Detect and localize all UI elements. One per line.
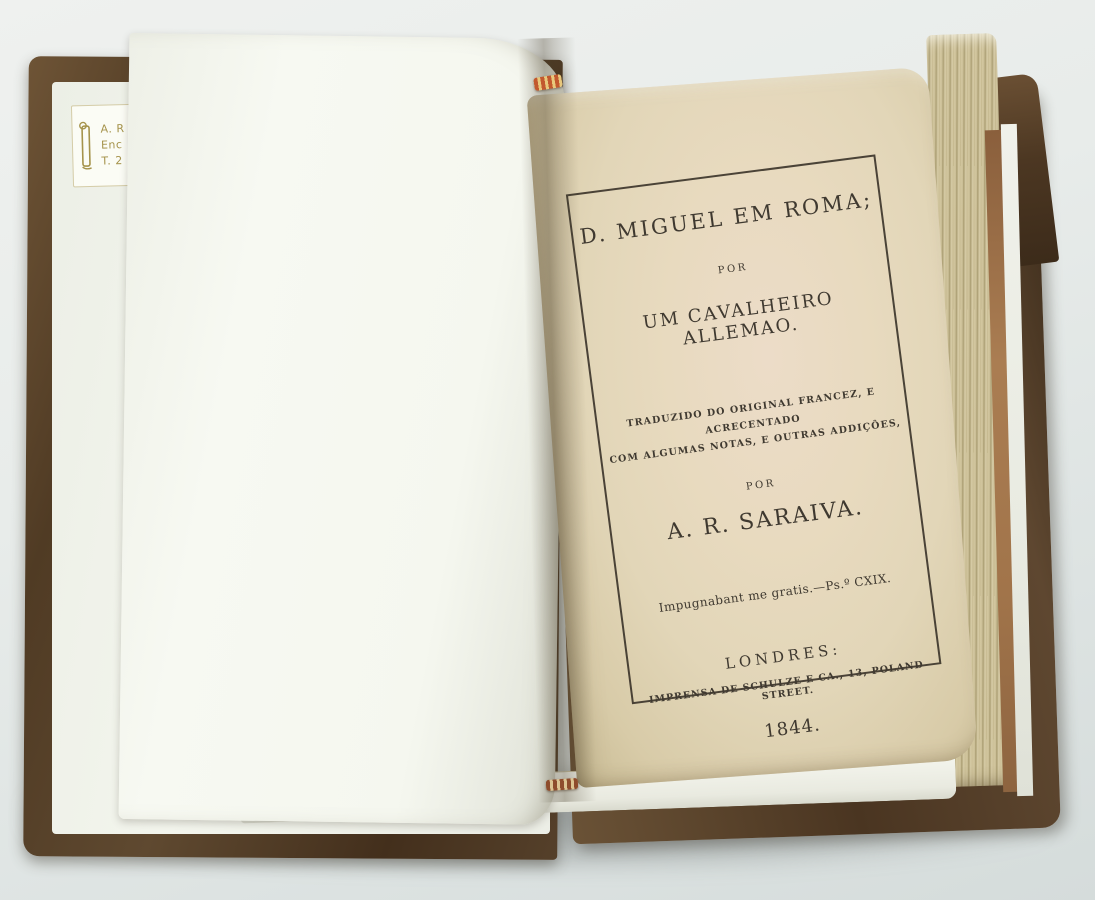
byline-por-2: POR [745,478,776,493]
epigraph: Impugnabant me gratis.—Ps.º CXIX. [658,571,892,615]
ticket-line: A. R [100,123,124,136]
pseudonym-author: UM CAVALHEIRO ALLEMAO. [584,281,895,362]
byline-por-1: POR [717,262,748,277]
ticket-line: Enc [101,139,125,152]
divider-rule-1 [691,365,802,379]
scroll-icon [77,120,94,172]
title-page: D. MIGUEL EM ROMA; POR UM CAVALHEIRO ALL… [527,67,979,789]
imprint-city: LONDRES: [724,640,842,673]
title-page-border-frame: D. MIGUEL EM ROMA; POR UM CAVALHEIRO ALL… [566,154,942,704]
translator-name: A. R. SARAIVA. [666,495,865,545]
ticket-line: T. 2 [101,155,125,168]
divider-rule-3 [726,603,829,616]
imprint-dash [779,707,801,710]
photo-open-book: A. R Enc T. 2 D. MIGUEL EM ROMA; POR UM … [0,0,1095,900]
flyleaf-page [119,33,566,825]
imprint-publisher: IMPRENSA DE SCHULZE E CA., 13, POLAND ST… [633,657,941,718]
book-title: D. MIGUEL EM ROMA; [578,187,874,249]
translation-note: TRADUZIDO DO ORIGINAL FRANCEZ, E ACRECEN… [597,380,909,470]
headband-bottom [546,778,579,791]
imprint-year: 1844. [763,714,822,742]
